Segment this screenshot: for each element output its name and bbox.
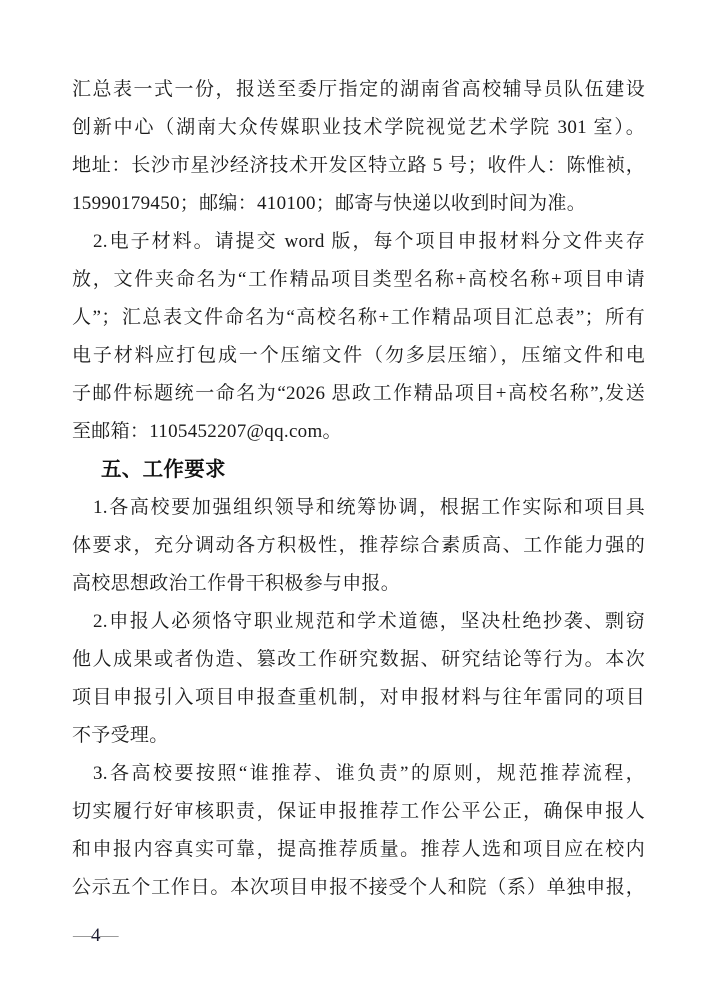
text-line: 切实履行好审核职责，保证申报推荐工作公平公正，确保申报人 xyxy=(72,793,645,831)
section-heading-work-requirements: 五、工作要求 xyxy=(72,451,645,489)
text-line: 人”；汇总表文件命名为“高校名称+工作精品项目汇总表”；所有 xyxy=(72,299,645,337)
text-line: 至邮箱：1105452207@qq.com。 xyxy=(72,413,645,451)
text-line: 子邮件标题统一命名为“2026 思政工作精品项目+高校名称”,发送 xyxy=(72,375,645,413)
text-line: 他人成果或者伪造、篡改工作研究数据、研究结论等行为。本次 xyxy=(72,641,645,679)
text-line: 项目申报引入项目申报查重机制，对申报材料与往年雷同的项目 xyxy=(72,679,645,717)
paragraph-mailing-info: 汇总表一式一份，报送至委厅指定的湖南省高校辅导员队伍建设 创新中心（湖南大众传媒… xyxy=(72,71,645,223)
text-line: 汇总表一式一份，报送至委厅指定的湖南省高校辅导员队伍建设 xyxy=(72,71,645,109)
document-page: 汇总表一式一份，报送至委厅指定的湖南省高校辅导员队伍建设 创新中心（湖南大众传媒… xyxy=(0,0,713,991)
text-line: 高校思想政治工作骨干积极参与申报。 xyxy=(72,565,645,603)
text-line: 体要求，充分调动各方积极性，推荐综合素质高、工作能力强的 xyxy=(72,527,645,565)
document-body: 汇总表一式一份，报送至委厅指定的湖南省高校辅导员队伍建设 创新中心（湖南大众传媒… xyxy=(72,71,645,907)
text-line: 放，文件夹命名为“工作精品项目类型名称+高校名称+项目申请 xyxy=(72,261,645,299)
paragraph-requirement-2: 2.申报人必须恪守职业规范和学术道德，坚决杜绝抄袭、剽窃 他人成果或者伪造、篡改… xyxy=(72,603,645,755)
text-line: 公示五个工作日。本次项目申报不接受个人和院（系）单独申报， xyxy=(72,869,645,907)
text-line: 2.电子材料。请提交 word 版，每个项目申报材料分文件夹存 xyxy=(72,223,645,261)
text-line: 15990179450；邮编：410100；邮寄与快递以收到时间为准。 xyxy=(72,185,645,223)
text-line: 不予受理。 xyxy=(72,717,645,755)
text-line: 创新中心（湖南大众传媒职业技术学院视觉艺术学院 301 室）。 xyxy=(72,109,645,147)
page-number-right-dash: — xyxy=(100,924,119,948)
text-line: 3.各高校要按照“谁推荐、谁负责”的原则，规范推荐流程， xyxy=(72,755,645,793)
paragraph-requirement-3: 3.各高校要按照“谁推荐、谁负责”的原则，规范推荐流程， 切实履行好审核职责，保… xyxy=(72,755,645,907)
paragraph-requirement-1: 1.各高校要加强组织领导和统筹协调，根据工作实际和项目具 体要求，充分调动各方积… xyxy=(72,489,645,603)
text-line: 2.申报人必须恪守职业规范和学术道德，坚决杜绝抄袭、剽窃 xyxy=(72,603,645,641)
text-line: 电子材料应打包成一个压缩文件（勿多层压缩），压缩文件和电 xyxy=(72,337,645,375)
text-line: 地址：长沙市星沙经济技术开发区特立路 5 号；收件人：陈惟祯， xyxy=(72,147,645,185)
paragraph-electronic-materials: 2.电子材料。请提交 word 版，每个项目申报材料分文件夹存 放，文件夹命名为… xyxy=(72,223,645,451)
text-line: 和申报内容真实可靠，提高推荐质量。推荐人选和项目应在校内 xyxy=(72,831,645,869)
text-line: 1.各高校要加强组织领导和统筹协调，根据工作实际和项目具 xyxy=(72,489,645,527)
page-number: — 4 — xyxy=(75,924,117,948)
